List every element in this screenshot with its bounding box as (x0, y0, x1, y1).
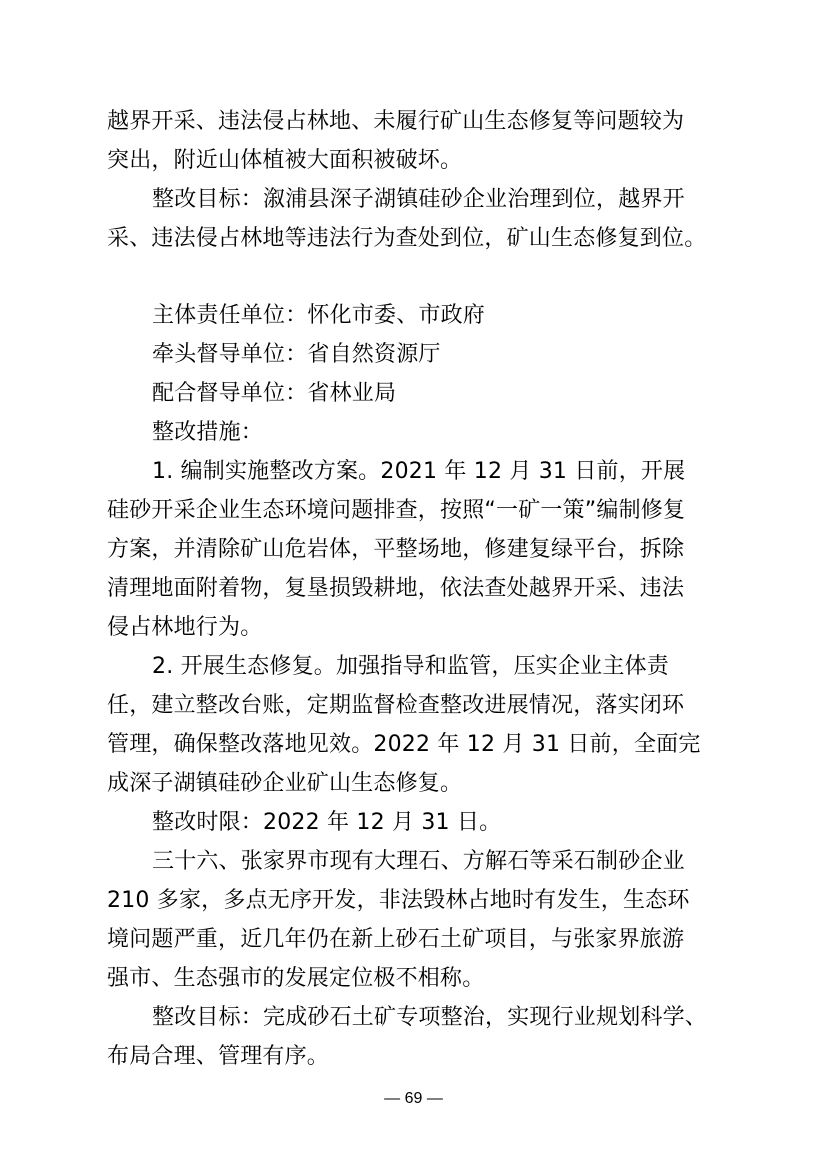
text-line: 清理地面附着物，复垦损毁耕地，依法查处越界开采、违法 (107, 575, 684, 603)
text-line: 布局合理、管理有序。 (107, 1043, 329, 1071)
text-line: 方案，并清除矿山危岩体，平整场地，修建复绿平台，拆除 (107, 536, 684, 564)
text-line: 越界开采、违法侵占林地、未履行矿山生态修复等问题较为 (107, 108, 684, 136)
text-line: 整改措施： (152, 419, 263, 447)
text-line: 三十六、张家界市现有大理石、方解石等采石制砂企业 (152, 848, 685, 876)
text-line: 突出，附近山体植被大面积被破坏。 (107, 147, 462, 175)
text-line: 主体责任单位：怀化市委、市政府 (152, 302, 485, 330)
text-line: 整改目标：溆浦县深子湖镇硅砂企业治理到位，越界开 (152, 186, 685, 214)
text-line: 采、违法侵占林地等违法行为查处到位，矿山生态修复到位。 (107, 225, 706, 253)
text-line: 硅砂开采企业生态环境问题排查，按照“一矿一策”编制修复 (107, 497, 685, 525)
text-line: 境问题严重，近几年仍在新上砂石土矿项目，与张家界旅游 (107, 926, 684, 954)
text-line: 2. 开展生态修复。加强指导和监管，压实企业主体责 (152, 653, 669, 681)
text-line: 侵占林地行为。 (107, 614, 262, 642)
text-line: 成深子湖镇硅砂企业矿山生态修复。 (107, 770, 462, 798)
text-line: 牵头督导单位：省自然资源厅 (152, 341, 441, 369)
text-line: 任，建立整改台账，定期监督检查整改进展情况，落实闭环 (107, 692, 684, 720)
page-number: — 69 — (0, 1090, 827, 1108)
text-line: 1. 编制实施整改方案。2021 年 12 月 31 日前，开展 (152, 458, 685, 486)
text-line: 管理，确保整改落地见效。2022 年 12 月 31 日前，全面完 (107, 731, 701, 759)
text-line: 210 多家，多点无序开发，非法毁林占地时有发生，生态环 (107, 887, 690, 915)
text-line: 强市、生态强市的发展定位极不相称。 (107, 965, 484, 993)
text-line: 整改时限：2022 年 12 月 31 日。 (152, 809, 501, 837)
text-line: 配合督导单位：省林业局 (152, 380, 396, 408)
text-line: 整改目标：完成砂石土矿专项整治，实现行业规划科学、 (152, 1004, 707, 1032)
